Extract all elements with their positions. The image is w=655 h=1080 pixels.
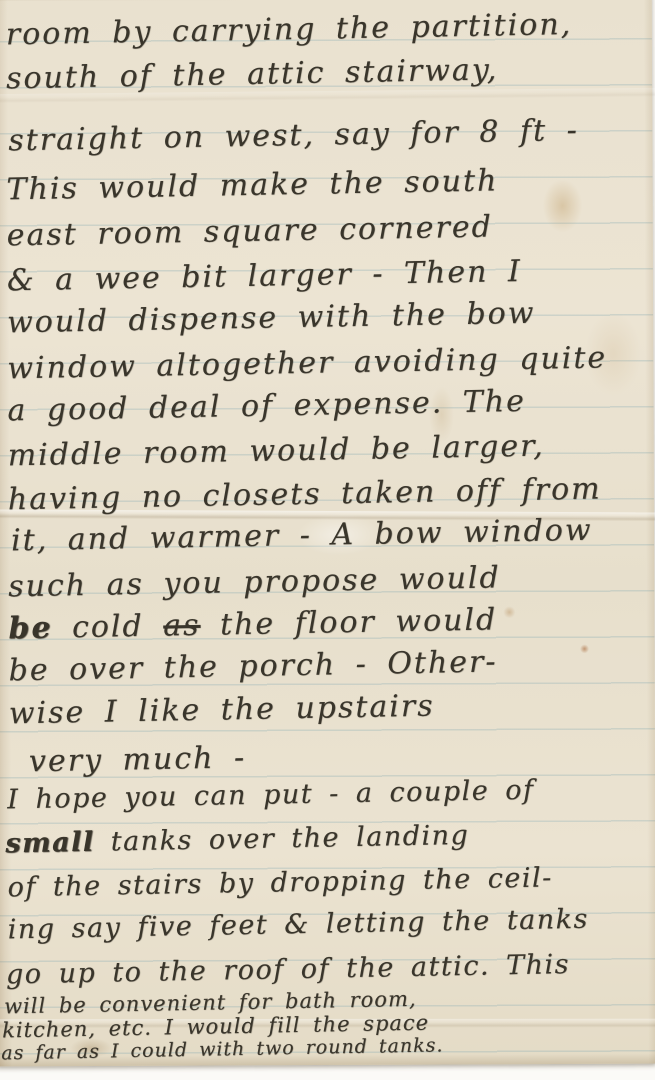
handwritten-line: would dispense with the bow <box>7 299 536 339</box>
handwritten-line: having no closets taken off from <box>8 474 602 515</box>
line-text: straight on west, say for 8 ft - <box>8 113 579 158</box>
line-text: would dispense with the bow <box>7 296 536 341</box>
handwritten-line: This would make the south <box>6 166 498 205</box>
handwritten-line: straight on west, say for 8 ft - <box>8 116 579 156</box>
line-text: south of the attic stairway, <box>6 52 499 96</box>
line-text: the floor would <box>200 602 497 642</box>
line-text: very much - <box>29 740 247 779</box>
handwritten-line: as far as I could with two round tanks. <box>1 1036 443 1063</box>
handwritten-line: wise I like the upstairs <box>9 692 435 730</box>
handwritten-line: & a wee bit larger - Then I <box>7 257 522 296</box>
overwritten-word: be <box>8 611 53 647</box>
handwritten-line: I hope you can put - a couple of <box>7 777 535 814</box>
handwritten-line: east room square cornered <box>6 212 493 251</box>
handwritten-line: middle room would be larger, <box>7 432 545 472</box>
line-text: cold <box>52 609 163 646</box>
line-text: having no closets taken off from <box>8 472 602 518</box>
handwritten-line: of the stairs by dropping the ceil- <box>7 864 553 901</box>
line-text: room by carrying the partition, <box>6 7 573 52</box>
line-text: of the stairs by dropping the ceil- <box>7 862 553 903</box>
line-text: wise I like the upstairs <box>8 689 434 732</box>
line-text: it, and warmer - A bow window <box>11 513 593 559</box>
overwritten-word: small <box>5 827 95 860</box>
letter-page: room by carrying the partition, south of… <box>0 0 655 1066</box>
handwritten-line: such as you propose would <box>8 563 501 602</box>
handwritten-line: very much - <box>29 743 247 777</box>
handwritten-line: small tanks over the landing <box>5 822 469 857</box>
struck-out-word: as <box>163 608 201 644</box>
handwritten-line: south of the attic stairway, <box>6 55 499 94</box>
line-text: tanks over the landing <box>94 820 469 858</box>
handwritten-line: window altogether avoiding quite <box>7 343 607 384</box>
line-text: I hope you can put - a couple of <box>7 775 535 816</box>
handwritten-line: be cold as the floor would <box>8 605 497 644</box>
line-text: This would make the south <box>6 163 498 207</box>
line-text: east room square cornered <box>6 209 493 253</box>
line-text: & a wee bit larger - Then I <box>7 254 522 298</box>
handwritten-line: room by carrying the partition, <box>6 10 573 50</box>
line-text: window altogether avoiding quite <box>7 340 607 386</box>
line-text: middle room would be larger, <box>7 429 545 474</box>
handwritten-line: be over the porch - Other- <box>8 647 497 686</box>
line-text: go up to the roof of the attic. This <box>6 949 571 990</box>
line-text: ing say five feet & letting the tanks <box>7 904 589 946</box>
handwritten-line: it, and warmer - A bow window <box>11 516 593 557</box>
handwritten-line: go up to the roof of the attic. This <box>6 951 571 988</box>
line-text: be over the porch - Other- <box>8 644 498 688</box>
line-text: a good deal of expense. The <box>7 384 526 428</box>
handwritten-line: ing say five feet & letting the tanks <box>7 906 589 944</box>
handwritten-line: a good deal of expense. The <box>7 387 526 426</box>
line-text: such as you propose would <box>8 560 501 604</box>
